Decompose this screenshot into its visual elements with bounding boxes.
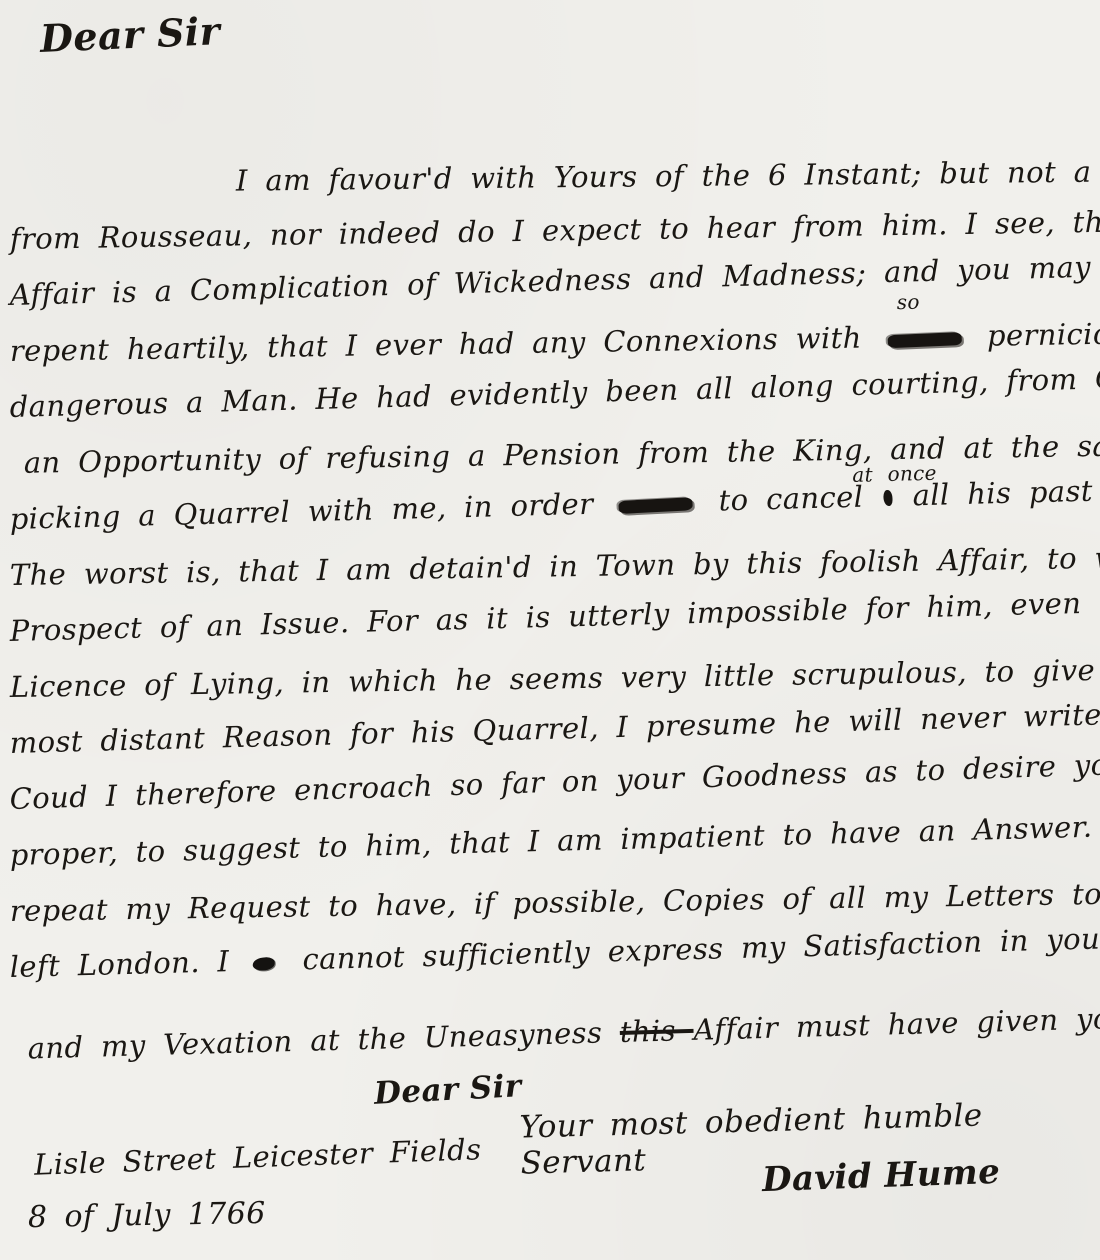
scribble-mark [619,497,694,514]
line-text: I am favour'd with Yours of the 6 Instan… [236,154,1100,198]
strikeout-scribble [619,484,694,520]
struck-word: this [619,1013,694,1049]
line-text: and my Vexation at the Uneasyness [27,1015,620,1066]
letter-page: Dear Sir I am favour'd with Yours of the… [0,0,1100,1260]
insertion-point: at once [881,496,895,506]
line-text: pernicious and [969,315,1100,353]
inserted-word: so [897,290,920,314]
caret-mark [883,490,892,506]
date-line: 8 of July 1766 [28,1196,266,1235]
line-text: left London. I [9,944,247,984]
strikeout-scribble: so [887,319,962,354]
letter-line: and my Vexation at the Uneasyness this A… [9,1002,1098,1088]
address-line: Lisle Street Leicester Fields [34,1132,482,1182]
ink-blot [253,957,275,971]
scribble-mark [887,332,961,348]
signature: David Hume [761,1152,1001,1200]
salutation: Dear Sir [39,8,221,61]
closing-salutation: Dear Sir [373,1068,522,1112]
inserted-words: at once [852,461,937,487]
letter-body: I am favour'd with Yours of the 6 Instan… [10,166,1098,1088]
line-text: Affair must have given you I am [693,998,1100,1047]
